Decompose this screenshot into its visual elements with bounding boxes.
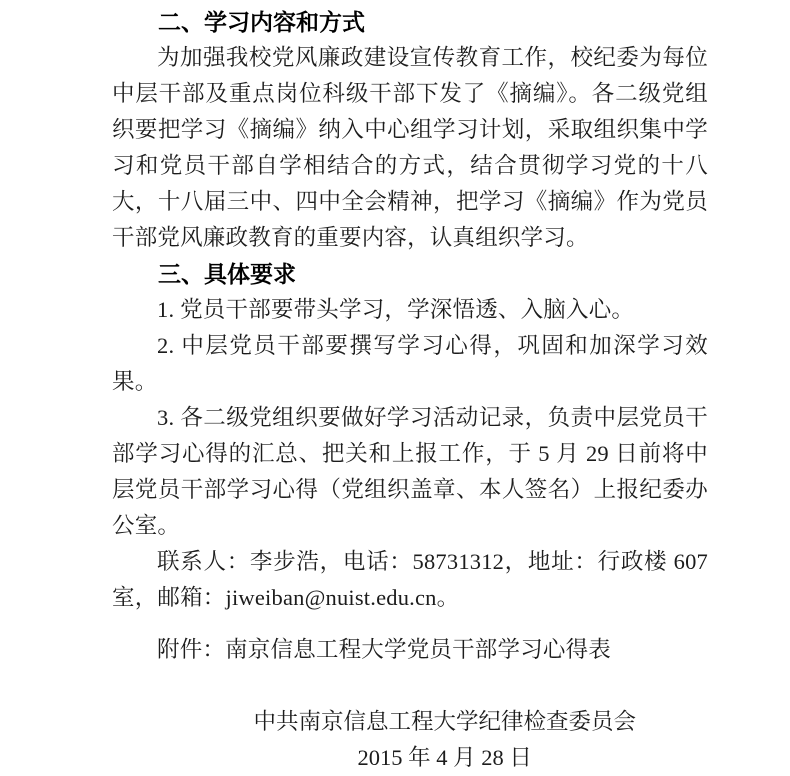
requirement-item-1: 1. 党员干部要带头学习，学深悟透、入脑入心。 [112, 292, 708, 328]
paragraph-study-content: 为加强我校党风廉政建设宣传教育工作，校纪委为每位中层干部及重点岗位科级干部下发了… [112, 40, 708, 256]
section-heading-study-content: 二、学习内容和方式 [112, 4, 708, 40]
requirement-item-3: 3. 各二级党组织要做好学习活动记录，负责中层党员干部学习心得的汇总、把关和上报… [112, 400, 708, 544]
issue-date: 2015 年 4 月 28 日 [253, 740, 636, 776]
contact-info-line: 联系人：李步浩，电话：58731312，地址：行政楼 607 室，邮箱：jiwe… [112, 544, 708, 616]
attachment-line: 附件：南京信息工程大学党员干部学习心得表 [112, 632, 708, 668]
issuing-authority-signature: 中共南京信息工程大学纪律检查委员会 [253, 704, 636, 740]
requirement-item-2: 2. 中层党员干部要撰写学习心得，巩固和加深学习效果。 [112, 328, 708, 400]
signature-block: 中共南京信息工程大学纪律检查委员会 2015 年 4 月 28 日 [253, 704, 636, 776]
section-heading-specific-requirements: 三、具体要求 [112, 256, 708, 292]
document-page: 二、学习内容和方式 为加强我校党风廉政建设宣传教育工作，校纪委为每位中层干部及重… [0, 0, 790, 776]
